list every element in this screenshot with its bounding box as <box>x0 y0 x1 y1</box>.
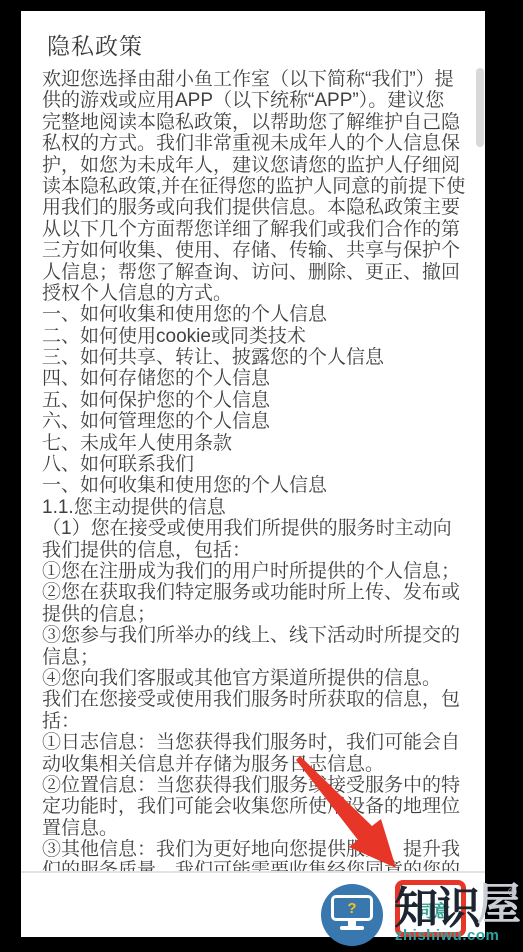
policy-text-line: 三、如何共享、转让、披露您的个人信息 <box>42 347 472 368</box>
policy-text-line: 六、如何管理您的个人信息 <box>42 411 472 432</box>
policy-text-line: 们的服务质量，我们可能需要收集经您同意的您的 <box>42 860 472 871</box>
policy-text-line: 供的游戏或应用APP（以下统称“APP”）。建议您 <box>42 90 472 111</box>
policy-text-line: 1.1.您主动提供的信息 <box>42 497 472 518</box>
screenshot-canvas: 隐私政策 欢迎您选择由甜小鱼工作室（以下简称“我们”）提供的游戏或应用APP（以… <box>0 0 523 952</box>
policy-text-line: 一、如何收集和使用您的个人信息 <box>42 304 472 325</box>
policy-text-line: ①您在注册成为我们的用户时所提供的个人信息； <box>42 561 472 582</box>
policy-text-line: （1）您在接受或使用我们所提供的服务时主动向 <box>42 518 472 539</box>
policy-text-line: 信息； <box>42 647 472 668</box>
policy-text-line: 从以下几个方面帮您详细了解我们或我们合作的第 <box>42 219 472 240</box>
watermark-brand-char-1: 知 <box>394 887 438 931</box>
policy-text-line: 四、如何存储您的个人信息 <box>42 368 472 389</box>
policy-text-line: 我们提供的信息，包括： <box>42 540 472 561</box>
policy-text-line: 一、如何收集和使用您的个人信息 <box>42 475 472 496</box>
policy-text-line: 我们在您接受或使用我们服务时所获取的信息，包 <box>42 689 472 710</box>
dialog-title: 隐私政策 <box>47 28 143 61</box>
monitor-icon: ? <box>331 895 373 921</box>
policy-text-line: 用我们的服务或向我们提供信息。本隐私政策主要 <box>42 197 472 218</box>
question-mark: ? <box>347 901 356 916</box>
policy-text-line: 完整地阅读本隐私政策，以帮助您了解维护自己隐 <box>42 112 472 133</box>
policy-text-line: 授权个人信息的方式。 <box>42 283 472 304</box>
policy-text-line: 七、未成年人使用条款 <box>42 433 472 454</box>
policy-text-line: 括： <box>42 711 472 732</box>
policy-text-line: 提供的信息； <box>42 604 472 625</box>
watermark-domain: zhishiwu.com <box>395 927 499 944</box>
policy-text-line: 私权的方式。我们非常重视未成年人的个人信息保 <box>42 133 472 154</box>
policy-text-line: ②位置信息：当您获得我们服务或接受服务中的特 <box>42 775 472 796</box>
policy-text-line: 八、如何联系我们 <box>42 454 472 475</box>
policy-text-line: 读本隐私政策,并在征得您的监护人同意的前提下使 <box>42 176 472 197</box>
policy-text-line: 定功能时，我们可能会收集您所使用设备的地理位 <box>42 796 472 817</box>
registered-trademark-icon: ® <box>508 885 517 899</box>
privacy-policy-dialog: 隐私政策 欢迎您选择由甜小鱼工作室（以下简称“我们”）提供的游戏或应用APP（以… <box>21 11 485 937</box>
policy-text-line: 动收集相关信息并存储为服务日志信息。 <box>42 754 472 775</box>
policy-text-line: 三方如何收集、使用、存储、传输、共享与保护个 <box>42 240 472 261</box>
watermark-help-badge: ? <box>321 884 383 946</box>
policy-text-line: ④您向我们客服或其他官方渠道所提供的信息。 <box>42 668 472 689</box>
scrollbar-thumb[interactable] <box>476 68 484 147</box>
policy-text-line: 欢迎您选择由甜小鱼工作室（以下简称“我们”）提 <box>42 69 472 90</box>
policy-body: 欢迎您选择由甜小鱼工作室（以下简称“我们”）提供的游戏或应用APP（以下统称“A… <box>42 69 472 871</box>
watermark-brand-char-2: 识 <box>437 887 481 931</box>
policy-text-line: 人信息；帮您了解查询、访问、删除、更正、撤回 <box>42 262 472 283</box>
policy-text-line: ③其他信息：我们为更好地向您提供服务，提升我 <box>42 839 472 860</box>
policy-text-area[interactable]: 隐私政策 欢迎您选择由甜小鱼工作室（以下简称“我们”）提供的游戏或应用APP（以… <box>21 11 485 871</box>
policy-text-line: 置信息。 <box>42 818 472 839</box>
policy-text-line: ①日志信息：当您获得我们服务时，我们可能会自 <box>42 732 472 753</box>
policy-text-line: 五、如何保护您的个人信息 <box>42 390 472 411</box>
monitor-base <box>340 926 364 930</box>
policy-text-line: 护，如您为未成年人，建议您请您的监护人仔细阅 <box>42 155 472 176</box>
policy-text-line: ③您参与我们所举办的线上、线下活动时所提交的 <box>42 625 472 646</box>
policy-text-line: 二、如何使用cookie或同类技术 <box>42 326 472 347</box>
policy-text-line: ②您在获取我们特定服务或功能时所上传、发布或 <box>42 582 472 603</box>
